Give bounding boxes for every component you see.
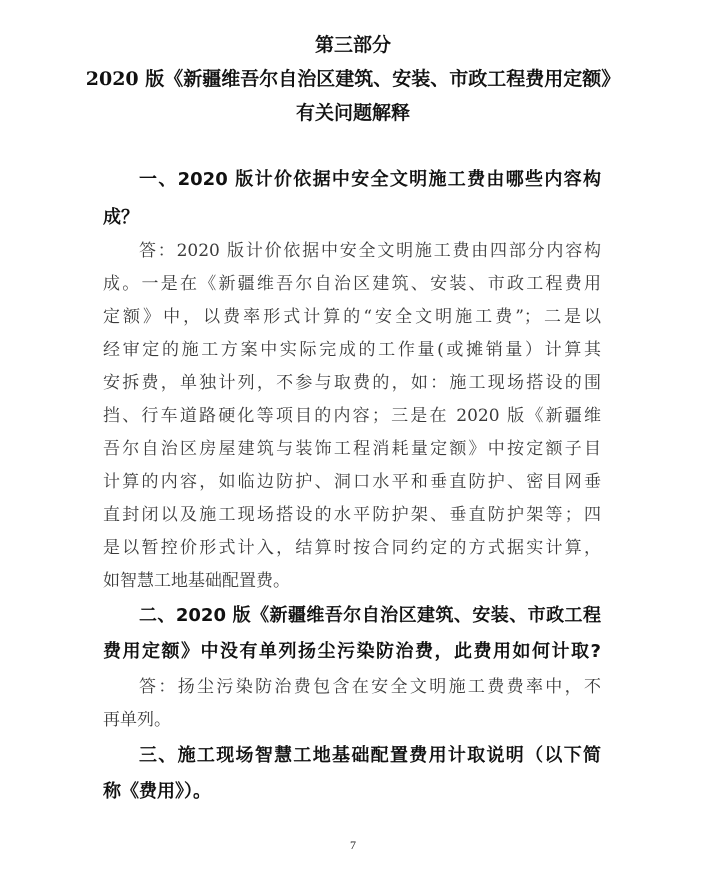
- answer-1-line-4: 经审定的施工方案中实际完成的工作量(或摊销量）计算其: [103, 335, 601, 360]
- answer-1-line-11: 如智慧工地基础配置费。: [103, 566, 601, 591]
- question-2-line-2: 费用定额》中没有单列扬尘污染防治费，此费用如何计取?: [103, 637, 601, 663]
- question-2-line-1: 二、2020 版《新疆维吾尔自治区建筑、安装、市政工程: [139, 601, 601, 627]
- answer-1-line-6: 挡、行车道路硬化等项目的内容；三是在 2020 版《新疆维: [103, 401, 601, 426]
- document-page: 第三部分 2020 版《新疆维吾尔自治区建筑、安装、市政工程费用定额》 有关问题…: [0, 0, 706, 893]
- question-1-line-1: 一、2020 版计价依据中安全文明施工费由哪些内容构: [139, 165, 601, 191]
- answer-1-line-2: 成。一是在《新疆维吾尔自治区建筑、安装、市政工程费用: [103, 269, 601, 294]
- question-3-line-1: 三、施工现场智慧工地基础配置费用计取说明（以下简: [139, 741, 601, 767]
- answer-1-line-3: 定额》中，以费率形式计算的“安全文明施工费”；二是以: [103, 302, 601, 327]
- answer-1-line-7: 吾尔自治区房屋建筑与装饰工程消耗量定额》中按定额子目: [103, 434, 601, 459]
- answer-1-line-5: 安拆费，单独计列，不参与取费的，如：施工现场搭设的围: [103, 368, 601, 393]
- answer-1-line-8: 计算的内容，如临边防护、洞口水平和垂直防护、密目网垂: [103, 467, 601, 492]
- answer-1-line-9: 直封闭以及施工现场搭设的水平防护架、垂直防护架等；四: [103, 500, 601, 525]
- part-title: 第三部分: [0, 30, 706, 57]
- document-title: 2020 版《新疆维吾尔自治区建筑、安装、市政工程费用定额》: [0, 64, 706, 91]
- question-3-line-2: 称《费用》）。: [103, 777, 601, 803]
- page-number: 7: [0, 838, 706, 853]
- answer-1-line-10: 是以暂控价形式计入，结算时按合同约定的方式据实计算，: [103, 533, 601, 558]
- answer-2-line-2: 再单列。: [103, 705, 601, 730]
- answer-2-line-1: 答：扬尘污染防治费包含在安全文明施工费费率中，不: [139, 672, 601, 697]
- document-subtitle: 有关问题解释: [0, 98, 706, 125]
- question-1-line-2: 成？: [103, 203, 601, 229]
- answer-1-line-1: 答：2020 版计价依据中安全文明施工费由四部分内容构: [139, 236, 601, 261]
